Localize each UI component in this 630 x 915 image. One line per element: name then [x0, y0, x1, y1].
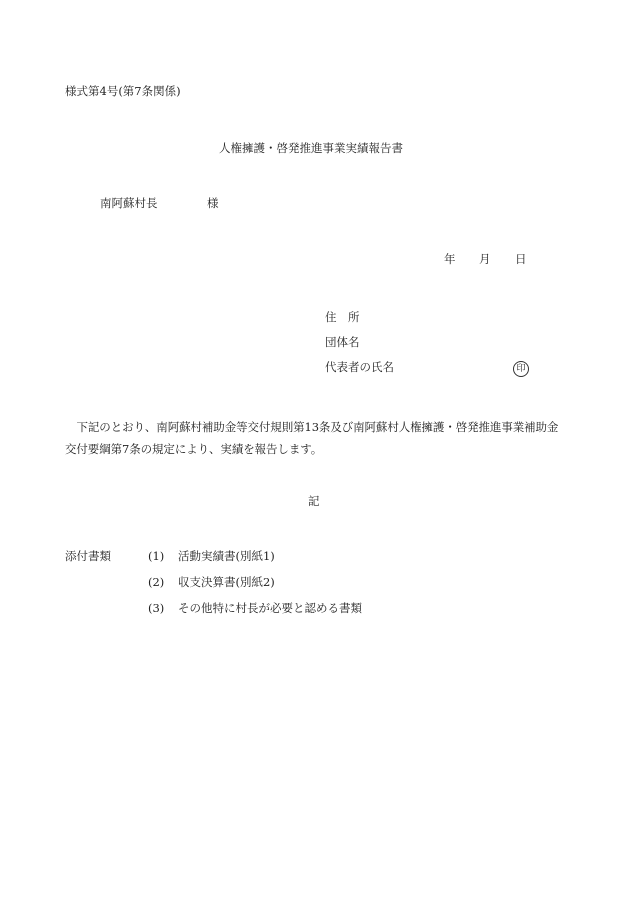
addressee-name: 南阿蘇村長	[100, 198, 158, 210]
form-number: 様式第4号(第7条関係)	[65, 86, 181, 98]
document-title: 人権擁護・啓発推進事業実績報告書	[219, 143, 403, 155]
attachment-text: 収支決算書(別紙2)	[178, 577, 275, 589]
attachment-number: (2)	[148, 577, 164, 589]
address-label: 住 所	[325, 312, 360, 324]
addressee-honorific: 様	[207, 198, 219, 210]
attachment-text: その他特に村長が必要と認める書類	[178, 603, 362, 615]
date-month-label: 月	[479, 254, 491, 266]
seal-icon: 印	[513, 361, 529, 377]
seal-mark: 印	[513, 361, 529, 377]
body-paragraph: 下記のとおり、南阿蘇村補助金等交付規則第13条及び南阿蘇村人権擁護・啓発推進事業…	[65, 416, 560, 460]
attachment-number: (3)	[148, 603, 164, 615]
attachment-number: (1)	[148, 551, 164, 563]
date-day-label: 日	[515, 254, 527, 266]
attachments-label: 添付書類	[65, 551, 111, 563]
attachment-text: 活動実績書(別紙1)	[178, 551, 275, 563]
organization-label: 団体名	[325, 337, 360, 349]
representative-label: 代表者の氏名	[325, 362, 394, 374]
ki-heading: 記	[308, 496, 320, 508]
date-year-label: 年	[444, 254, 456, 266]
